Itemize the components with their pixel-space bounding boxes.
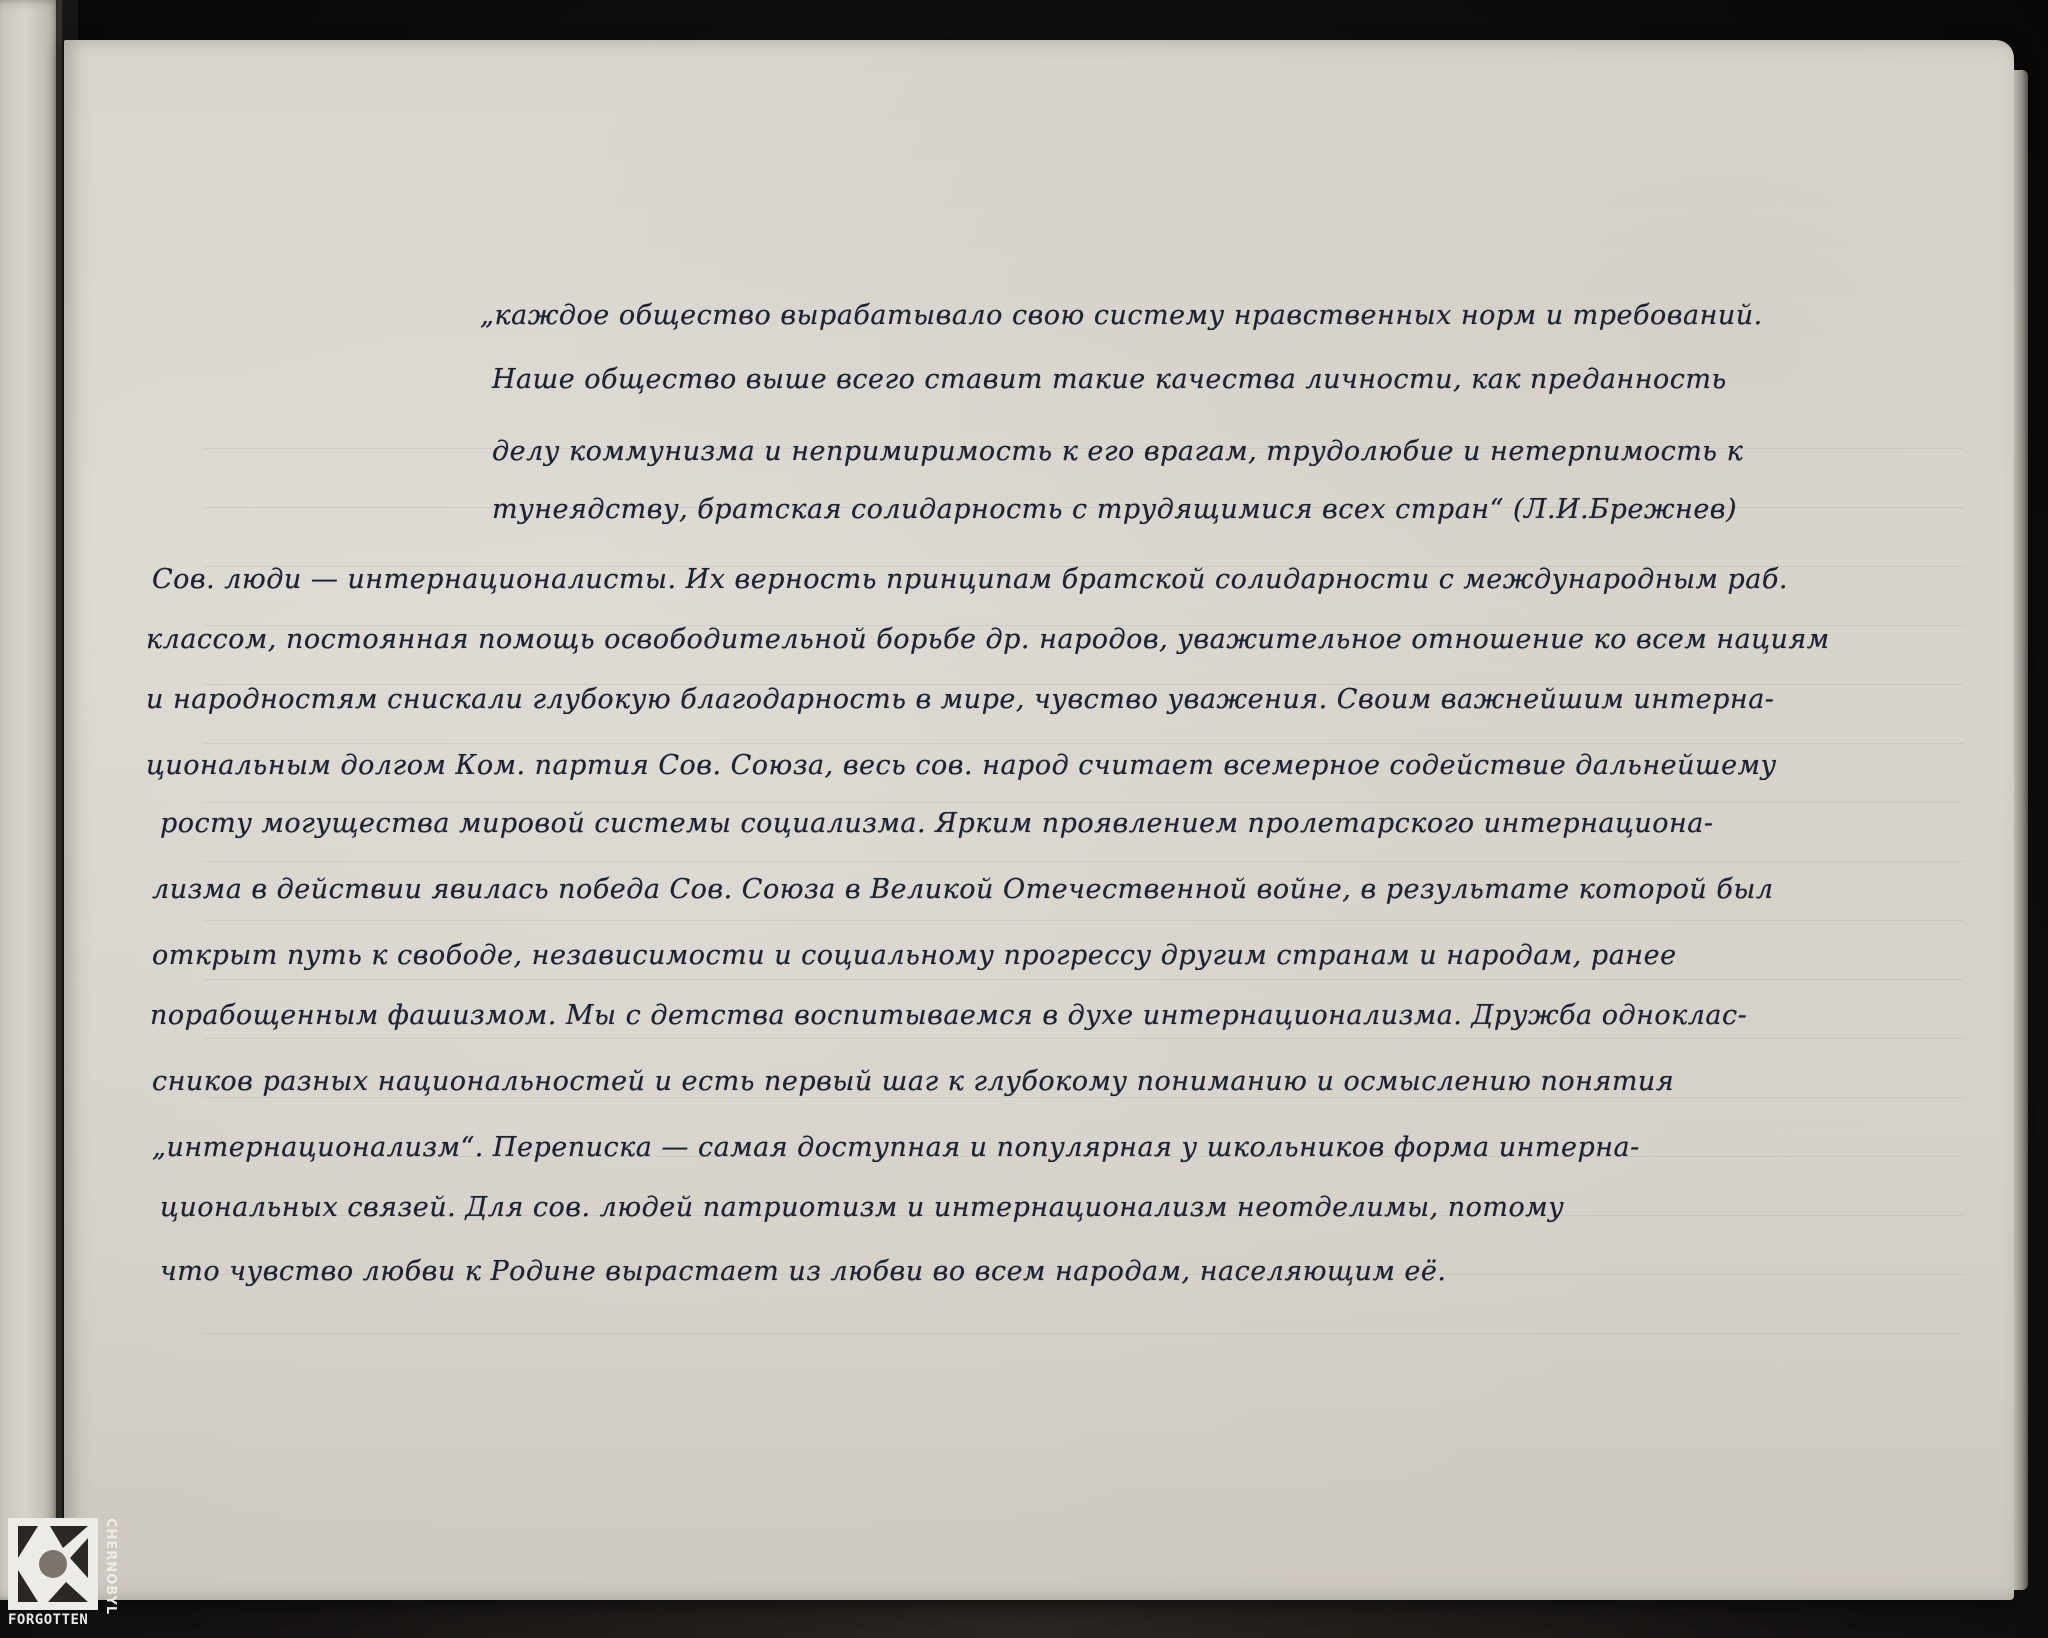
watermark-vertical-text: CHERNOBYL (100, 1518, 118, 1610)
text-line-15: циональных связей. Для сов. людей патрио… (160, 1192, 1564, 1223)
text-line-5: Сов. люди — интернационалисты. Их вернос… (152, 564, 1788, 595)
text-line-6: классом, постоянная помощь освободительн… (146, 624, 1830, 655)
text-line-10: лизма в действии явилась победа Сов. Сою… (152, 874, 1774, 905)
text-line-9: росту могущества мировой системы социали… (160, 808, 1714, 839)
text-line-14: „интернационализм“. Переписка — самая до… (152, 1132, 1640, 1163)
text-line-16: что чувство любви к Родине вырастает из … (160, 1256, 1446, 1287)
text-line-4: тунеядству, братская солидарность с труд… (492, 494, 1737, 525)
text-line-8: циональным долгом Ком. партия Сов. Союза… (146, 750, 1777, 781)
text-line-1: „каждое общество вырабатывало свою систе… (480, 300, 1763, 331)
text-line-3: делу коммунизма и непримиримость к его в… (492, 436, 1743, 467)
text-line-11: открыт путь к свободе, независимости и с… (152, 940, 1677, 971)
watermark-bottom-text: FORGOTTEN (8, 1612, 88, 1628)
photo-scene: „каждое общество вырабатывало свою систе… (0, 0, 2048, 1638)
camera-aperture-logo-icon (8, 1518, 98, 1610)
text-line-12: порабощенным фашизмом. Мы с детства восп… (150, 1000, 1747, 1031)
text-line-2: Наше общество выше всего ставит такие ка… (492, 364, 1727, 395)
text-line-13: сников разных национальностей и есть пер… (152, 1066, 1674, 1097)
handwritten-text: „каждое общество вырабатывало свою систе… (0, 0, 2048, 1638)
text-line-7: и народностям снискали глубокую благодар… (146, 684, 1774, 715)
forgotten-chernobyl-watermark: CHERNOBYL FORGOTTEN (8, 1518, 120, 1630)
